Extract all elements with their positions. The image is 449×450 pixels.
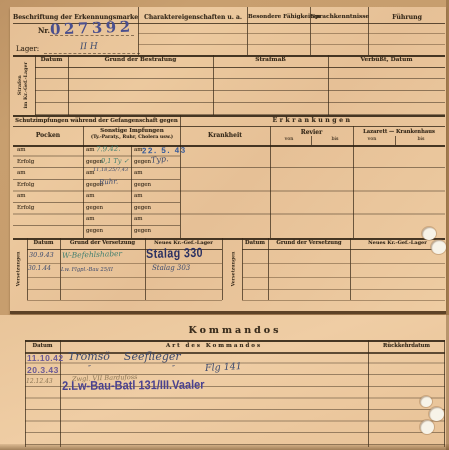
punishments-col-verbuesst: Verbüßt, Datum (328, 57, 445, 63)
punishments-col-grund: Grund der Bestrafung (68, 57, 213, 63)
hole-punch (422, 227, 436, 240)
vacc-b-pre: am (134, 216, 143, 222)
kommando-entry-handwritten: Flg 141 (205, 361, 242, 374)
col-sonstige-sub: (Ty.-Paraty., Ruhr, Cholera usw.) (84, 135, 180, 140)
rule (27, 300, 222, 301)
col-pocken: Pocken (13, 132, 83, 139)
transfers-col-datum: Datum (242, 240, 268, 246)
transfer-reason-handwritten: Lw. Flgpl.-Bau 25/II (61, 267, 113, 273)
hole-punch (420, 396, 432, 407)
col-krankheit: Krankheit (180, 132, 270, 139)
kommandos-col-datum: Datum (25, 343, 60, 349)
rule (27, 277, 222, 278)
col-revier: Revier (270, 129, 353, 136)
ditto-mark: ″ (172, 364, 175, 373)
tick (311, 136, 312, 145)
col-sonstige: Sonstige Impfungen (84, 128, 180, 134)
kommandos-title: Kommandos (25, 325, 445, 336)
transfers-side-label: Versetzungen (12, 238, 27, 300)
transfer-camp-handwritten: Stalag 303 (152, 264, 190, 272)
ditto-mark: ″ (88, 364, 91, 373)
kommandos-col-art: Art des Kommandos (60, 343, 368, 349)
kommando-entry-handwritten: Tromsö Seeflieger (68, 350, 181, 363)
vacc-date-handwritten: 7.9.42. (96, 145, 121, 154)
id-number-label: Nr. (38, 26, 50, 35)
grid-line (268, 238, 269, 300)
rule (242, 300, 445, 301)
vacc-agent-handwritten: 0,1 Ty ✓ (101, 157, 129, 165)
vacc-b-pre: gegen (134, 182, 151, 188)
vacc-b-pre: am (134, 193, 143, 199)
rule (25, 340, 445, 342)
kommandos-col-rueck: Rückkehrdatum (368, 343, 445, 349)
lazarett-von: von (357, 137, 387, 142)
revier-bis: bis (320, 137, 350, 142)
vacc-b-pre: am (134, 170, 143, 176)
paper-edge (0, 444, 449, 450)
transfer-date-handwritten: 30.1.44 (28, 265, 51, 272)
rule (138, 44, 445, 45)
traits-header: Charaktereigenschaften u. a. (139, 14, 247, 21)
grid-line (350, 238, 351, 300)
transfers-col-datum: Datum (27, 240, 60, 246)
rule (242, 277, 445, 278)
rule (138, 33, 445, 34)
vacc-row-label: am (17, 170, 26, 176)
lazarett-bis: bis (406, 137, 436, 142)
vacc-b-pre: gegen (134, 228, 151, 234)
vacc-row-label: am (17, 193, 26, 199)
hole-punch (420, 420, 434, 434)
stalag-330-stamp: Stalag 330 (146, 245, 203, 261)
rule (242, 249, 445, 250)
transfers-col-grund: Grund der Versetzung (60, 240, 145, 246)
vacc-a-pre: am (86, 216, 95, 222)
conduct-header: Führung (369, 14, 445, 21)
punishments-col-strafmass: Strafmaß (213, 57, 328, 63)
vacc-agent-handwritten: Ruhr. (99, 178, 118, 187)
dotted-line (44, 53, 140, 54)
vacc-row-label: Erfolg (17, 159, 34, 165)
revier-von: von (274, 137, 304, 142)
row-rules (35, 67, 445, 115)
rule (27, 263, 222, 264)
vacc-row-label: Erfolg (17, 205, 34, 211)
vacc-a-pre: gegen (86, 205, 103, 211)
rule (242, 289, 445, 290)
grid-line (222, 238, 223, 300)
vacc-b-pre: gegen (134, 159, 151, 165)
transfers-col-grund: Grund der Versetzung (268, 240, 350, 246)
rule (27, 289, 222, 290)
dotted-line (50, 35, 134, 36)
bau-batl-stamp: 2.Lw-Bau-Batl 131/III.Vaaler (62, 378, 205, 393)
vacc-a-pre: am (86, 147, 95, 153)
tick (395, 136, 396, 145)
hole-punch (429, 407, 444, 421)
vacc-row-label: am (17, 147, 26, 153)
kommando-date-stamp: 11.10.42 (27, 353, 64, 363)
transfer-date-handwritten: 30.9.43 (29, 251, 54, 259)
punishments-side-label: Strafen im Kr.-Gef.-Lager (12, 55, 35, 115)
row-rules (180, 145, 445, 237)
transfers-side-label: Versetzungen (227, 238, 242, 300)
pow-record-card-scan: Beschriftung der Erkennungsmarke Charakt… (0, 0, 449, 450)
vacc-b-pre: gegen (134, 205, 151, 211)
kommando-date-stamp: 20.3.43 (27, 365, 59, 375)
vacc-agent-handwritten: Typ. (151, 154, 169, 165)
languages-header: Sprachkenntnisse (311, 14, 368, 20)
vaccinations-title: Schutzimpfungen während der Gefangenscha… (13, 118, 180, 124)
vacc-row-label: Erfolg (17, 182, 34, 188)
abilities-header: Besondere Fähigkeiten (248, 14, 310, 20)
vacc-a-pre: gegen (86, 228, 103, 234)
vacc-date-handwritten: 11,18,25/7,43 (93, 167, 128, 173)
punishments-col-datum: Datum (35, 57, 68, 63)
vacc-a-pre: am (86, 193, 95, 199)
illnesses-title: Erkrankungen (180, 117, 445, 124)
rule (242, 263, 445, 264)
col-lazarett: Lazarett — Krankenhaus (353, 129, 445, 135)
camp-value-handwritten: II H (80, 42, 98, 53)
grid-line (242, 238, 243, 300)
hole-punch (431, 240, 446, 254)
camp-label: Lager: (16, 45, 39, 53)
rule (13, 126, 445, 127)
kommando-date-handwritten: 12.12.43 (26, 378, 53, 385)
